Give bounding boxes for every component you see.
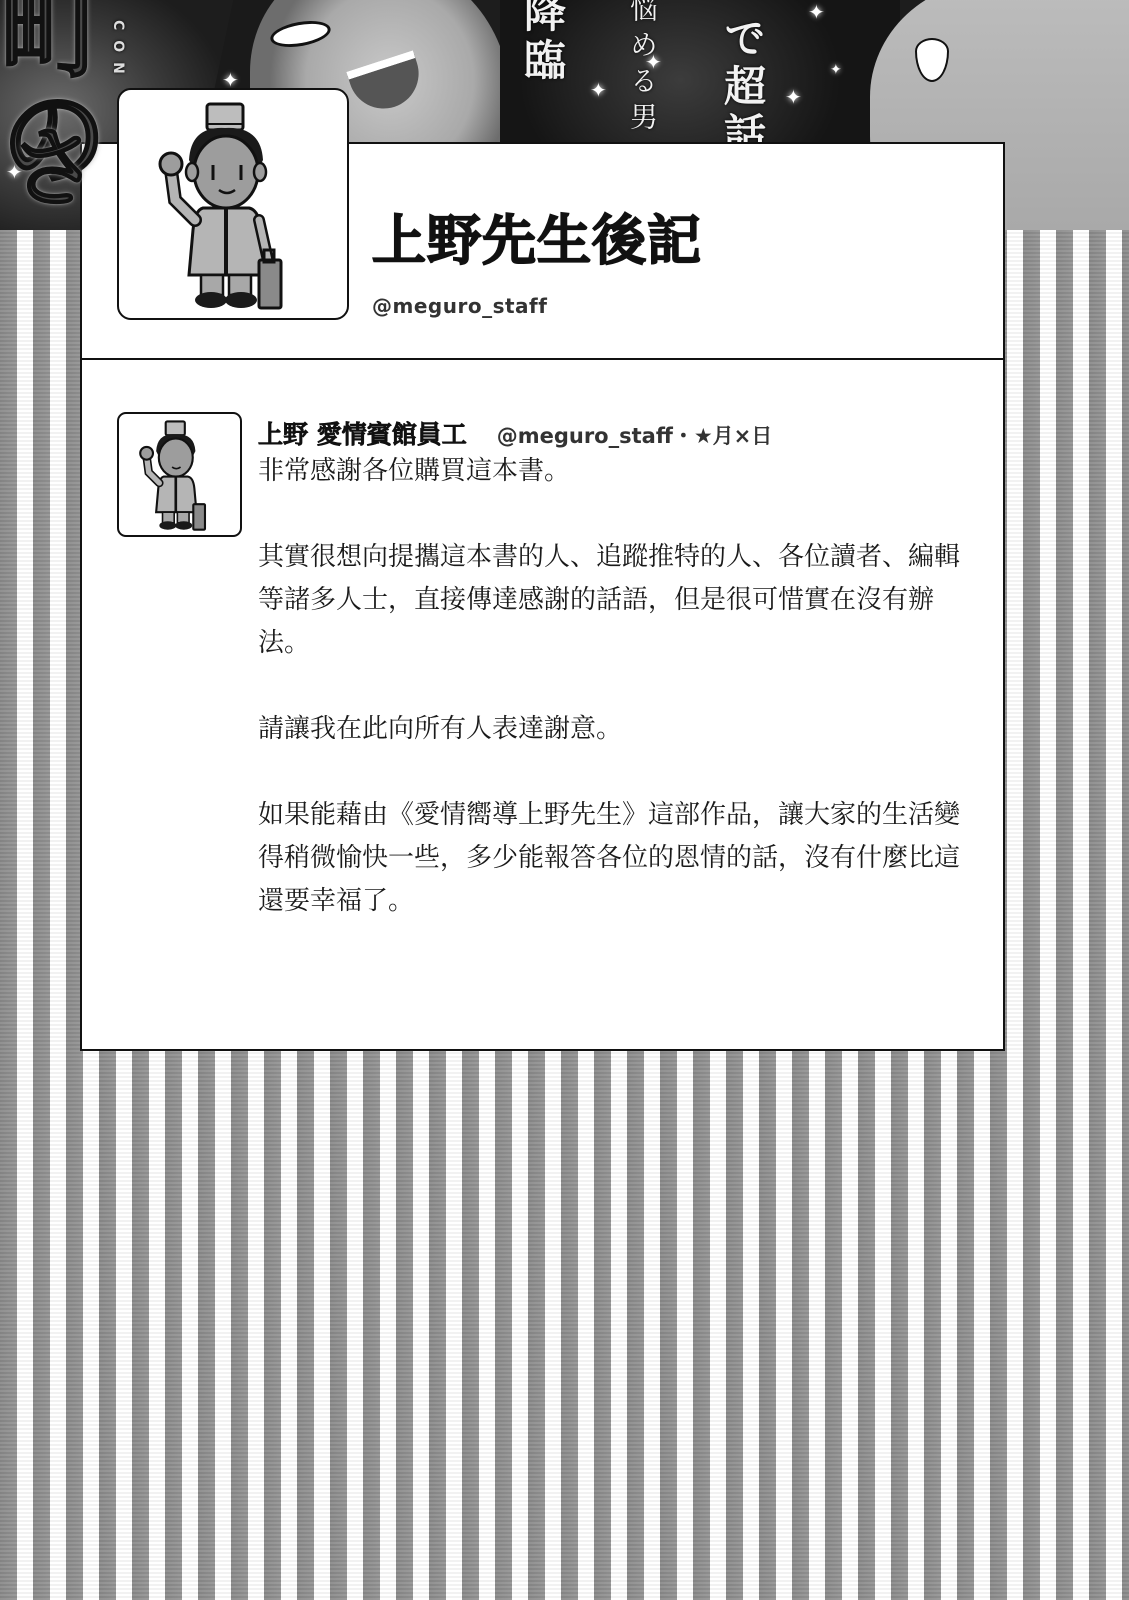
sparkle-icon: ✦ <box>830 62 842 78</box>
sparkle-icon: ✦ <box>785 85 802 109</box>
profile-avatar[interactable] <box>117 88 349 320</box>
bellboy-avatar-icon <box>119 414 240 535</box>
art-english-text: CON <box>110 20 126 84</box>
art-vertical-text-1: 降臨 <box>512 0 572 86</box>
tweet-handle-date: @meguro_staff・★月×日 <box>497 420 773 450</box>
tweet-body: 非常感謝各位購買這本書。 其實很想向提攜這本書的人、追蹤推特的人、各位讀者、編輯… <box>258 450 978 923</box>
tweet-paragraph: 請讓我在此向所有人表達謝意。 <box>258 708 978 751</box>
sparkle-icon: ✦ <box>645 50 662 74</box>
tweet-paragraph: 非常感謝各位購買這本書。 <box>258 450 978 493</box>
art-kana-text: さ <box>0 120 90 211</box>
art-vertical-text-3: で超話 <box>712 16 772 160</box>
sparkle-icon: ✦ <box>590 78 607 102</box>
profile-handle[interactable]: @meguro_staff <box>372 294 547 318</box>
sparkle-icon: ✦ <box>808 0 825 24</box>
bellboy-avatar-icon <box>119 90 347 318</box>
page-title: 上野先生後記 <box>372 214 702 268</box>
tweet-header: 上野 愛情賓館員工 @meguro_staff・★月×日 <box>258 415 772 451</box>
tweet-display-name[interactable]: 上野 愛情賓館員工 <box>258 415 467 451</box>
tweet-paragraph: 其實很想向提攜這本書的人、追蹤推特的人、各位讀者、編輯等諸多人士，直接傳達感謝的… <box>258 536 978 665</box>
tweet-avatar[interactable] <box>117 412 242 537</box>
tweet-paragraph: 如果能藉由《愛情嚮導上野先生》這部作品，讓大家的生活變得稍微愉快一些，多少能報答… <box>258 794 978 923</box>
